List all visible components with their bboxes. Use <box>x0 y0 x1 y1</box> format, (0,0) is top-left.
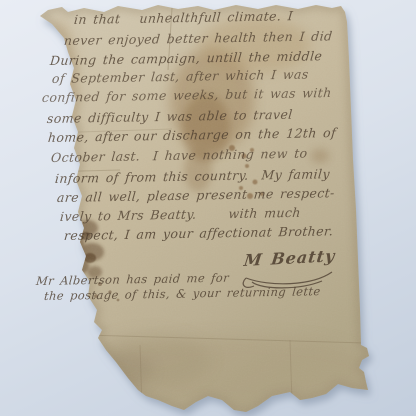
photo-background: in that unhealthfull climate. I never en… <box>0 0 416 416</box>
